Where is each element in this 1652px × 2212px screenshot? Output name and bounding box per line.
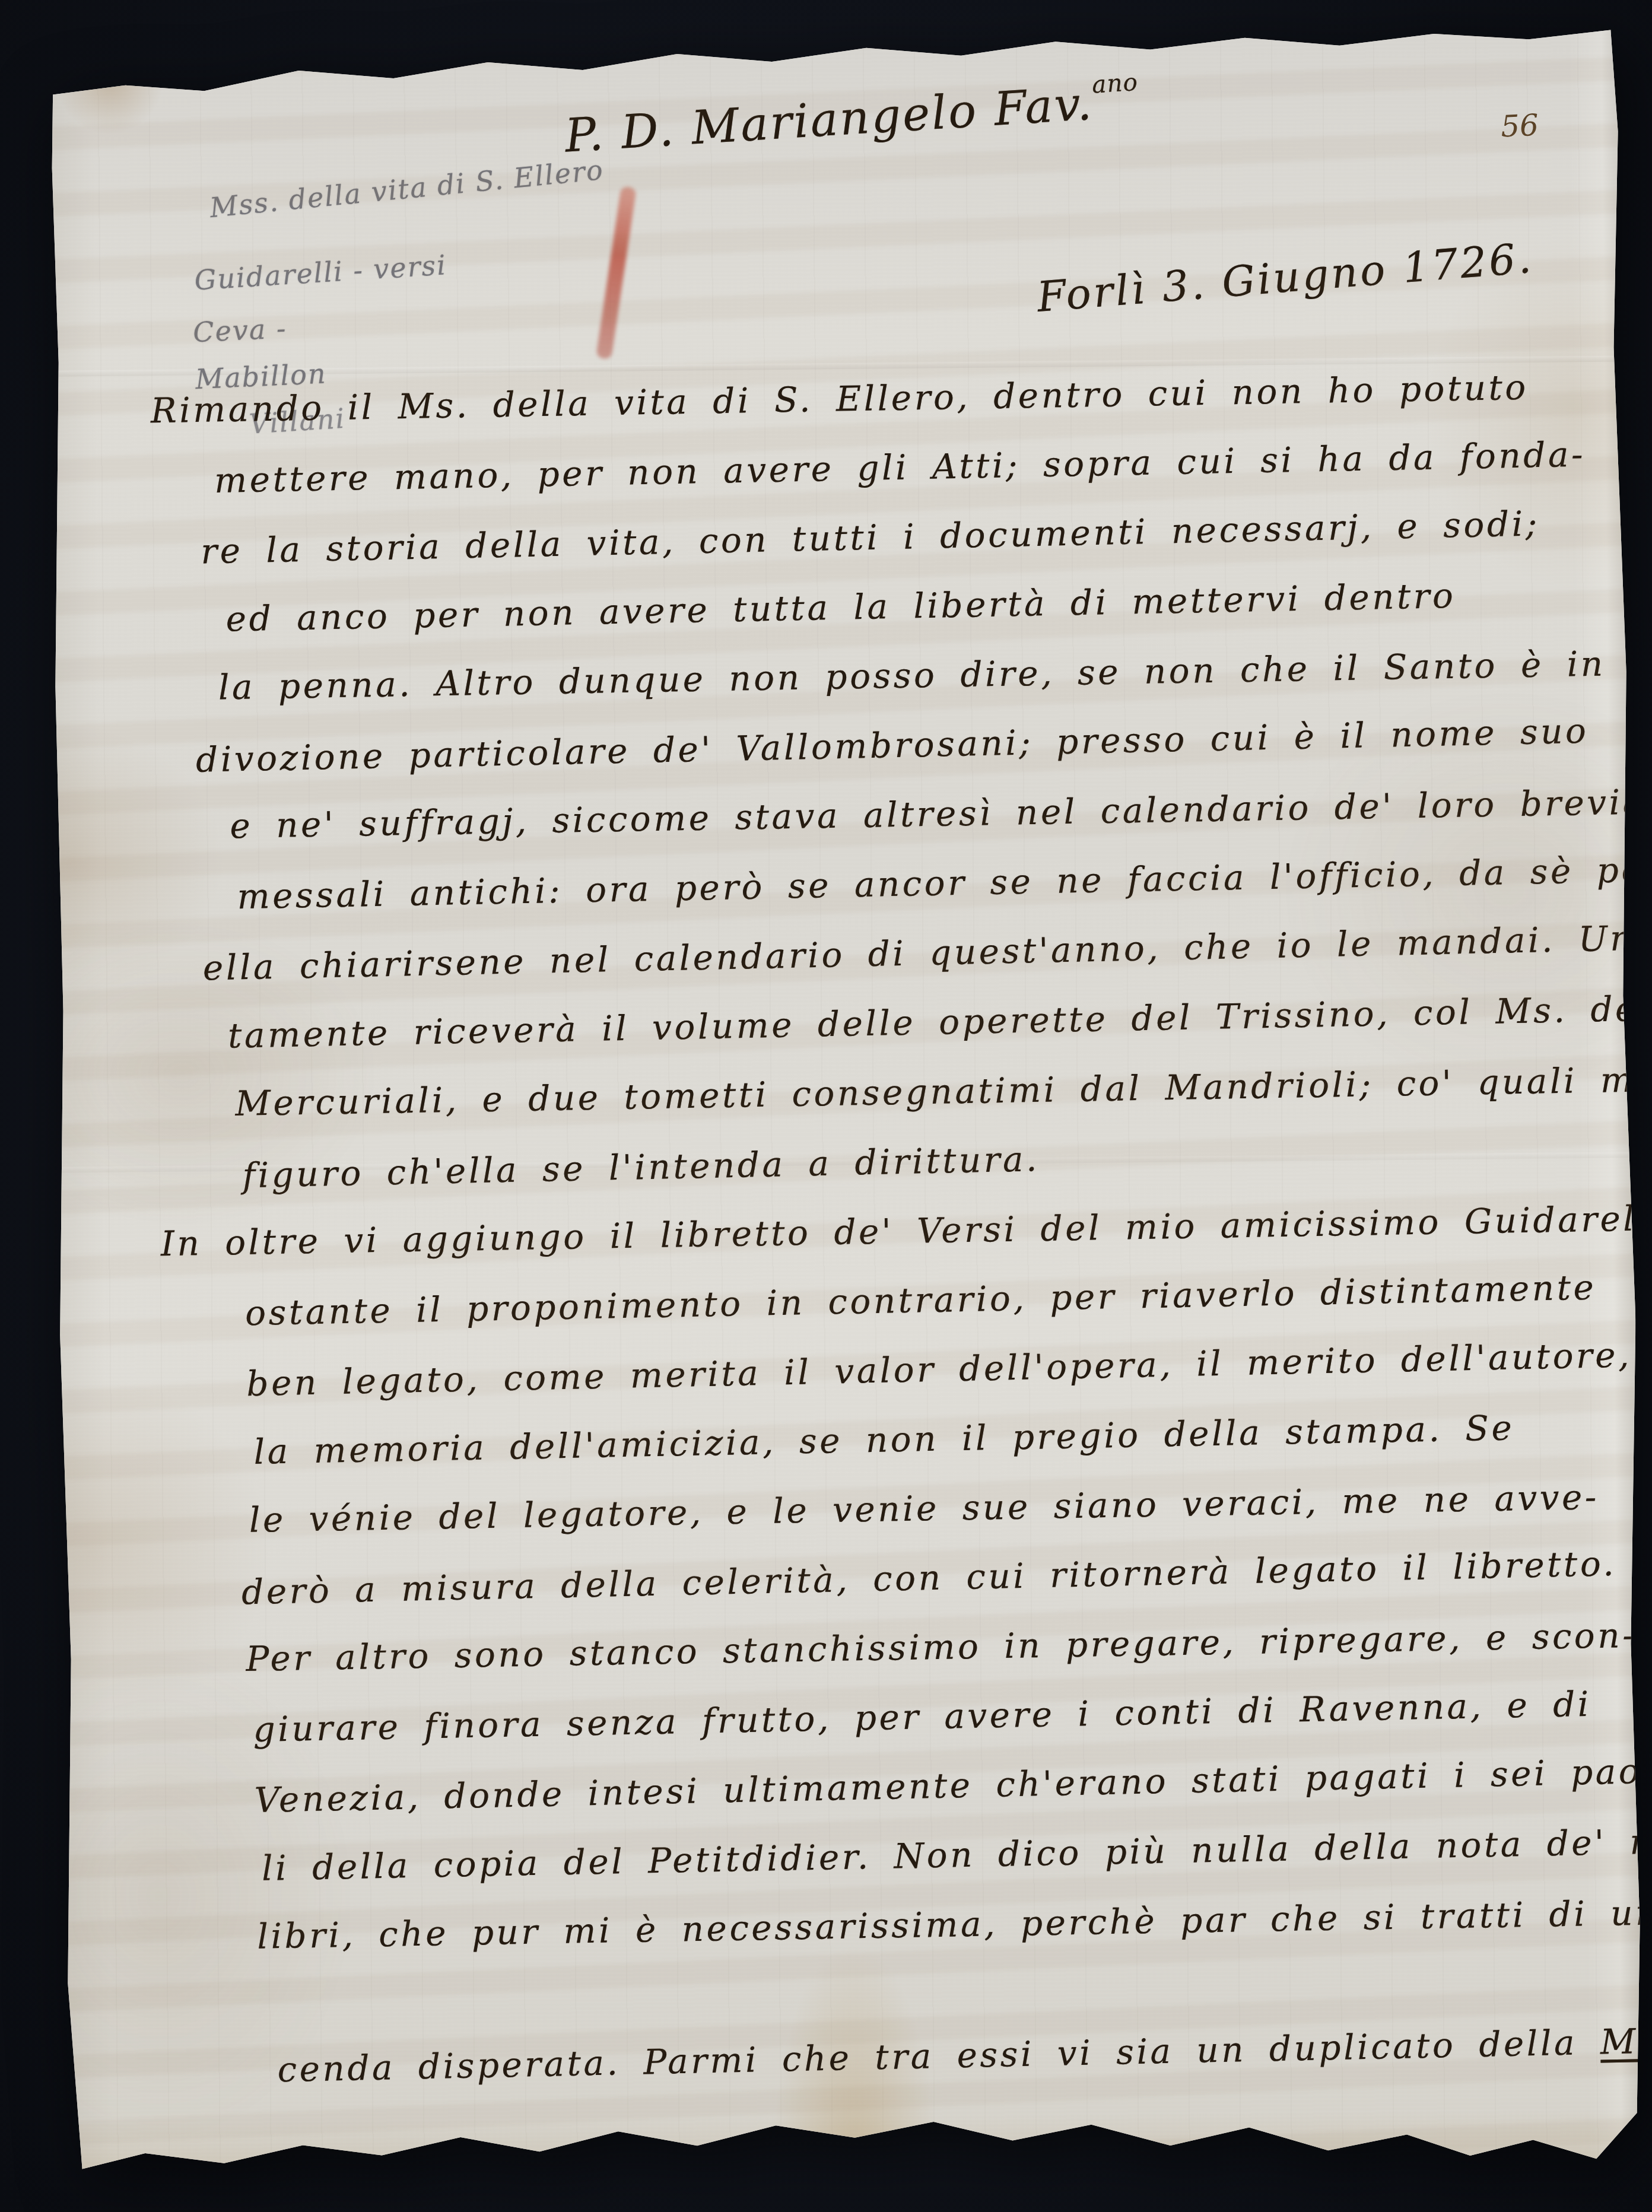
letter-dateline: Forlì 3. Giugno 1726. bbox=[1035, 234, 1535, 322]
scan-background: P. D. Mariangelo Fav.ano 56 Mss. della v… bbox=[0, 0, 1652, 2212]
pencil-annotation: Ceva - bbox=[192, 312, 287, 348]
red-chalk-mark-icon bbox=[596, 186, 637, 360]
pencil-annotation: Mss. della vita di S. Ellero bbox=[208, 154, 605, 224]
letter-line-final: cenda disperata. Parmi che tra essi vi s… bbox=[170, 2020, 1652, 2121]
addressee-superscript: ano bbox=[1091, 68, 1139, 99]
letter-addressee: P. D. Mariangelo Fav.ano bbox=[563, 68, 1141, 163]
manuscript-page: P. D. Mariangelo Fav.ano 56 Mss. della v… bbox=[46, 23, 1644, 2199]
addressee-name: P. D. Mariangelo Fav. bbox=[563, 77, 1095, 163]
pencil-annotation: Guidarelli - versi bbox=[193, 249, 447, 296]
letter-body: Rimando il Ms. della vita di S. Ellero, … bbox=[138, 363, 1652, 2120]
folio-number: 56 bbox=[1500, 108, 1539, 144]
final-line-underlined-word: Monar- bbox=[1600, 2019, 1652, 2062]
final-line-text: cenda disperata. Parmi che tra essi vi s… bbox=[277, 2022, 1601, 2090]
